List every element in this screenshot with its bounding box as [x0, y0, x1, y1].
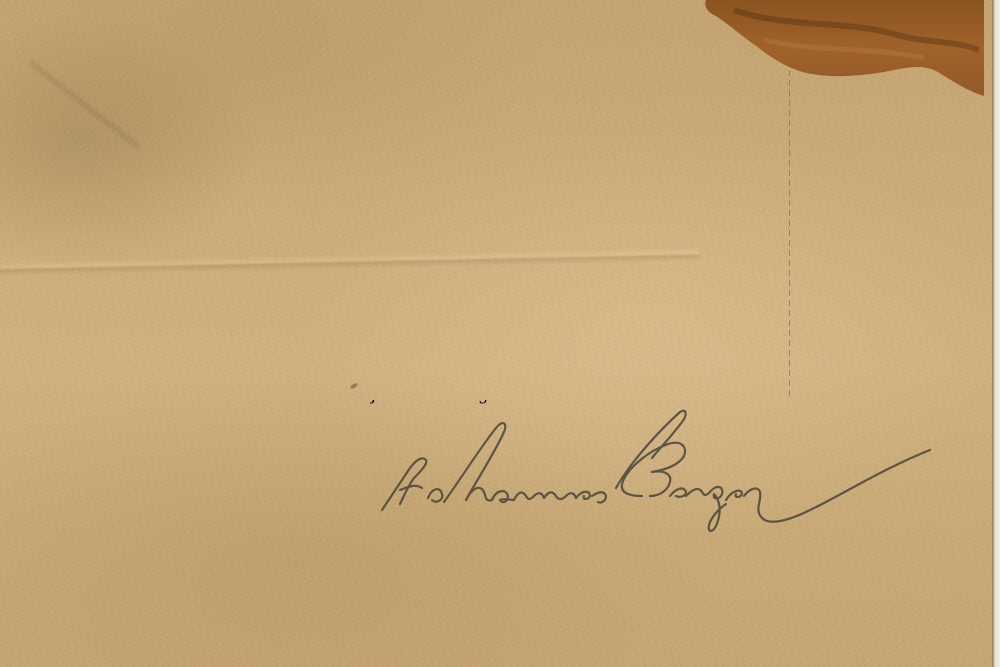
aged-paper: Johannes Berger [0, 0, 992, 667]
right-edge-strip [992, 0, 1000, 667]
signature-text: Johannes Berger [370, 400, 506, 404]
torn-corner-stain [694, 0, 984, 100]
paper-texture [0, 0, 992, 667]
vertical-pencil-line [789, 70, 790, 400]
signature: Johannes Berger [370, 400, 940, 550]
